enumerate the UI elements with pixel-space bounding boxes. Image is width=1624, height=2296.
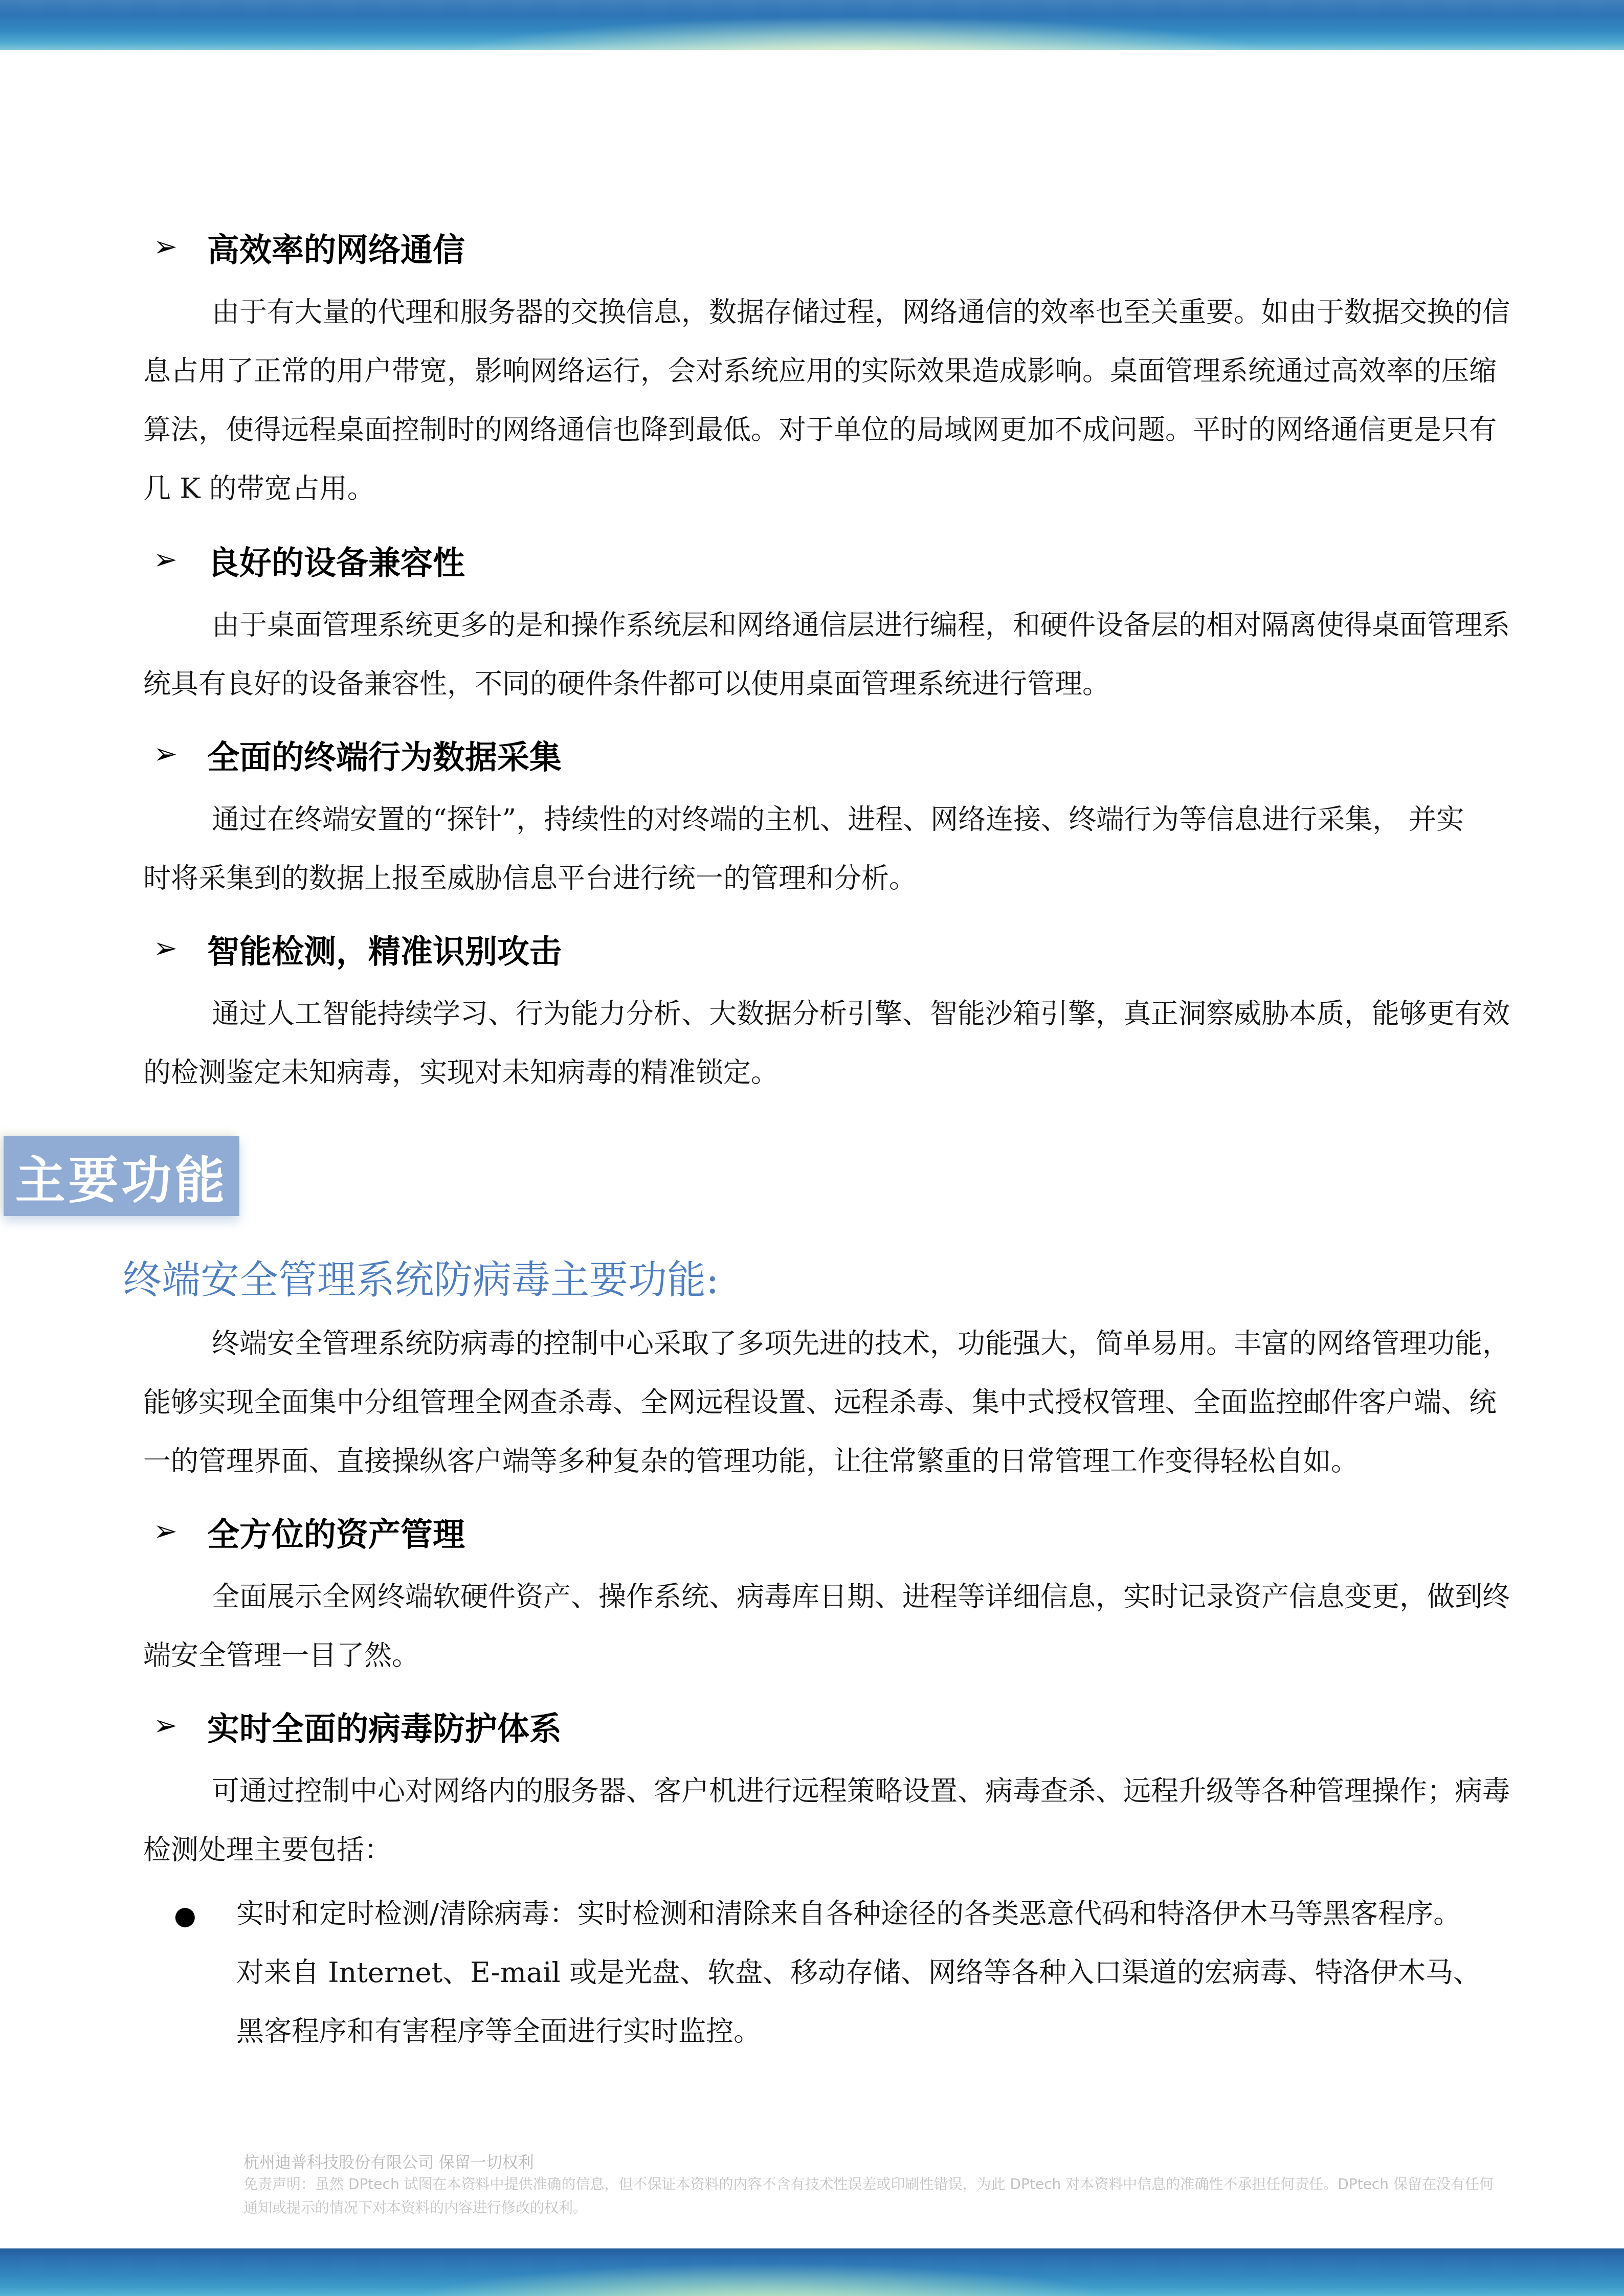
arrow-bullet-icon: ➢	[153, 740, 177, 769]
section-heading-virus-protection: ➢ 实时全面的病毒防护体系	[153, 1703, 562, 1749]
paragraph-smart-detection: 通过人工智能持续学习、行为能力分析、大数据分析引擎、智能沙箱引擎，真正洞察威胁本…	[143, 984, 1510, 1102]
list-item-line: 实时和定时检测/清除病毒：实时检测和清除来自各种途径的各类恶意代码和特洛伊木马等…	[236, 1884, 1481, 1943]
paragraph-line: 终端安全管理系统防病毒的控制中心采取了多项先进的技术，功能强大，简单易用。丰富的…	[143, 1314, 1510, 1373]
section-heading-label: 良好的设备兼容性	[207, 537, 465, 583]
document-page: ➢ 高效率的网络通信 由于有大量的代理和服务器的交换信息，数据存储过程，网络通信…	[0, 0, 1624, 2296]
arrow-bullet-icon: ➢	[153, 1517, 177, 1546]
section-heading-label: 全面的终端行为数据采集	[207, 731, 562, 778]
footer-disclaimer-line: 通知或提示的情况下对本资料的内容进行修改的权利。	[243, 2197, 587, 2217]
paragraph-line: 时将采集到的数据上报至威胁信息平台进行统一的管理和分析。	[143, 849, 1464, 908]
paragraph-virus-protection: 可通过控制中心对网络内的服务器、客户机进行远程策略设置、病毒查杀、远程升级等各种…	[143, 1762, 1510, 1879]
paragraph-line: 几 K 的带宽占用。	[143, 459, 1510, 518]
section-heading-label: 智能检测，精准识别攻击	[207, 926, 562, 972]
paragraph-line: 能够实现全面集中分组管理全网查杀毒、全网远程设置、远程杀毒、集中式授权管理、全面…	[143, 1373, 1510, 1432]
list-item-realtime-scan: ● 实时和定时检测/清除病毒：实时检测和清除来自各种途径的各类恶意代码和特洛伊木…	[236, 1884, 1481, 2061]
paragraph-line: 通过在终端安置的“探针”，持续性的对终端的主机、进程、网络连接、终端行为等信息进…	[143, 790, 1464, 849]
chapter-badge-main-functions: 主要功能	[4, 1136, 239, 1216]
page-footer-bar	[0, 2248, 1624, 2296]
paragraph-endpoint-data-collection: 通过在终端安置的“探针”，持续性的对终端的主机、进程、网络连接、终端行为等信息进…	[143, 790, 1464, 908]
paragraph-line: 通过人工智能持续学习、行为能力分析、大数据分析引擎、智能沙箱引擎，真正洞察威胁本…	[143, 984, 1510, 1043]
section-heading-endpoint-data-collection: ➢ 全面的终端行为数据采集	[153, 731, 562, 777]
paragraph-line: 可通过控制中心对网络内的服务器、客户机进行远程策略设置、病毒查杀、远程升级等各种…	[143, 1762, 1510, 1820]
section-heading-asset-management: ➢ 全方位的资产管理	[153, 1509, 465, 1555]
paragraph-line: 息占用了正常的用户带宽，影响网络运行，会对系统应用的实际效果造成影响。桌面管理系…	[143, 342, 1510, 400]
section-heading-efficient-network: ➢ 高效率的网络通信	[153, 224, 465, 270]
dot-bullet-icon: ●	[174, 1886, 196, 1945]
section-heading-label: 高效率的网络通信	[207, 224, 465, 271]
paragraph-asset-management: 全面展示全网终端软硬件资产、操作系统、病毒库日期、进程等详细信息，实时记录资产信…	[143, 1567, 1510, 1685]
arrow-bullet-icon: ➢	[153, 546, 177, 574]
paragraph-line: 全面展示全网终端软硬件资产、操作系统、病毒库日期、进程等详细信息，实时记录资产信…	[143, 1567, 1510, 1626]
section-heading-device-compatibility: ➢ 良好的设备兼容性	[153, 537, 465, 583]
list-item-line: 黑客程序和有害程序等全面进行实时监控。	[236, 2002, 1481, 2061]
arrow-bullet-icon: ➢	[153, 233, 177, 261]
paragraph-line: 统具有良好的设备兼容性，不同的硬件条件都可以使用桌面管理系统进行管理。	[143, 655, 1510, 713]
paragraph-efficient-network: 由于有大量的代理和服务器的交换信息，数据存储过程，网络通信的效率也至关重要。如由…	[143, 283, 1510, 518]
paragraph-line: 由于桌面管理系统更多的是和操作系统层和网络通信层进行编程，和硬件设备层的相对隔离…	[143, 596, 1510, 655]
footer-company: 杭州迪普科技股份有限公司 保留一切权利	[243, 2149, 534, 2172]
paragraph-line: 端安全管理一目了然。	[143, 1626, 1510, 1685]
list-item-line: 对来自 Internet、E-mail 或是光盘、软盘、移动存储、网络等各种入口…	[236, 1943, 1481, 2002]
section-heading-label: 全方位的资产管理	[207, 1509, 465, 1555]
paragraph-line: 一的管理界面、直接操纵客户端等多种复杂的管理功能，让往常繁重的日常管理工作变得轻…	[143, 1432, 1510, 1491]
paragraph-line: 算法，使得远程桌面控制时的网络通信也降到最低。对于单位的局域网更加不成问题。平时…	[143, 400, 1510, 459]
section-heading-smart-detection: ➢ 智能检测，精准识别攻击	[153, 926, 562, 972]
section-heading-label: 实时全面的病毒防护体系	[207, 1703, 562, 1749]
footer-disclaimer-line: 免责声明：虽然 DPtech 试图在本资料中提供准确的信息，但不保证本资料的内容…	[243, 2173, 1494, 2194]
paragraph-line: 由于有大量的代理和服务器的交换信息，数据存储过程，网络通信的效率也至关重要。如由…	[143, 283, 1510, 342]
page-header-bar	[0, 0, 1624, 50]
doc-subtitle: 终端安全管理系统防病毒主要功能:	[123, 1251, 719, 1302]
paragraph-control-center-overview: 终端安全管理系统防病毒的控制中心采取了多项先进的技术，功能强大，简单易用。丰富的…	[143, 1314, 1510, 1491]
paragraph-line: 检测处理主要包括：	[143, 1820, 1510, 1879]
arrow-bullet-icon: ➢	[153, 934, 177, 963]
arrow-bullet-icon: ➢	[153, 1712, 177, 1740]
paragraph-line: 的检测鉴定未知病毒，实现对未知病毒的精准锁定。	[143, 1043, 1510, 1102]
paragraph-device-compatibility: 由于桌面管理系统更多的是和操作系统层和网络通信层进行编程，和硬件设备层的相对隔离…	[143, 596, 1510, 713]
